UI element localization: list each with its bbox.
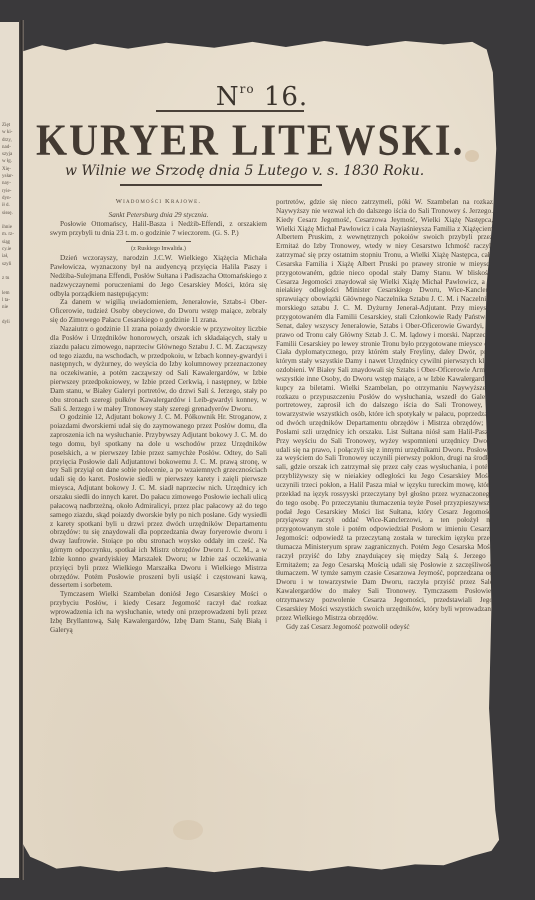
- article-paragraph: portretów, gdzie się nieco zatrzymeli, p…: [276, 198, 493, 623]
- article-source: (z Ruskiego Inwalida.): [50, 245, 267, 254]
- article-paragraph: Nazaiutrz o godzinie 11 zrana poiazdy dw…: [50, 325, 267, 413]
- issue-number-label: N: [216, 82, 240, 112]
- adjacent-page-fragment: Zięt w ki- drzy, nad- szyja w łg. Xię- y…: [0, 22, 20, 878]
- paper-stain: [173, 820, 203, 840]
- article-paragraph: Tymczasem Wielki Szambelan doniósł Jego …: [50, 590, 267, 634]
- masthead-rule-bottom: [120, 184, 322, 186]
- adjacent-page-text: Zięt w ki- drzy, nad- szyja w łg. Xię- y…: [0, 22, 20, 326]
- right-column: portretów, gdzie się nieco zatrzymeli, p…: [276, 198, 493, 631]
- left-column: Wiadomości Krajowe. Sankt Petersburg dni…: [50, 198, 267, 635]
- newspaper-dateline: w Wilnie we Srzodę dnia 5 Lutego v. s. 1…: [23, 163, 501, 179]
- article-paragraph: Posłowie Ottomańscy, Halil-Basza i Nedżi…: [50, 220, 267, 238]
- article-paragraph: Dzień wczorayszy, narodzin J.C.W. Wielki…: [50, 254, 267, 298]
- issue-number-value: 16.: [264, 82, 308, 112]
- article-paragraph: O godzinie 12, Adjutant bokowy J. C. M. …: [50, 413, 267, 590]
- issue-number: Nro 16.: [23, 82, 501, 112]
- issue-number-sup: ro: [240, 82, 255, 96]
- section-heading: Wiadomości Krajowe.: [50, 198, 267, 207]
- article-paragraph: Gdy zaś Cesarz Jegomość pozwolił odeyść: [276, 623, 493, 632]
- article-dateline: Sankt Petersburg dnia 29 stycznia.: [50, 211, 267, 220]
- divider: [126, 241, 191, 242]
- masthead-rule-top: [156, 110, 304, 112]
- newspaper-page: Nro 16. KURYER LITEWSKI. w Wilnie we Srz…: [23, 30, 501, 878]
- article-paragraph: Za danem w wigilią uwiadomieniem, Jenera…: [50, 298, 267, 325]
- newspaper-title: KURYER LITEWSKI.: [23, 114, 501, 166]
